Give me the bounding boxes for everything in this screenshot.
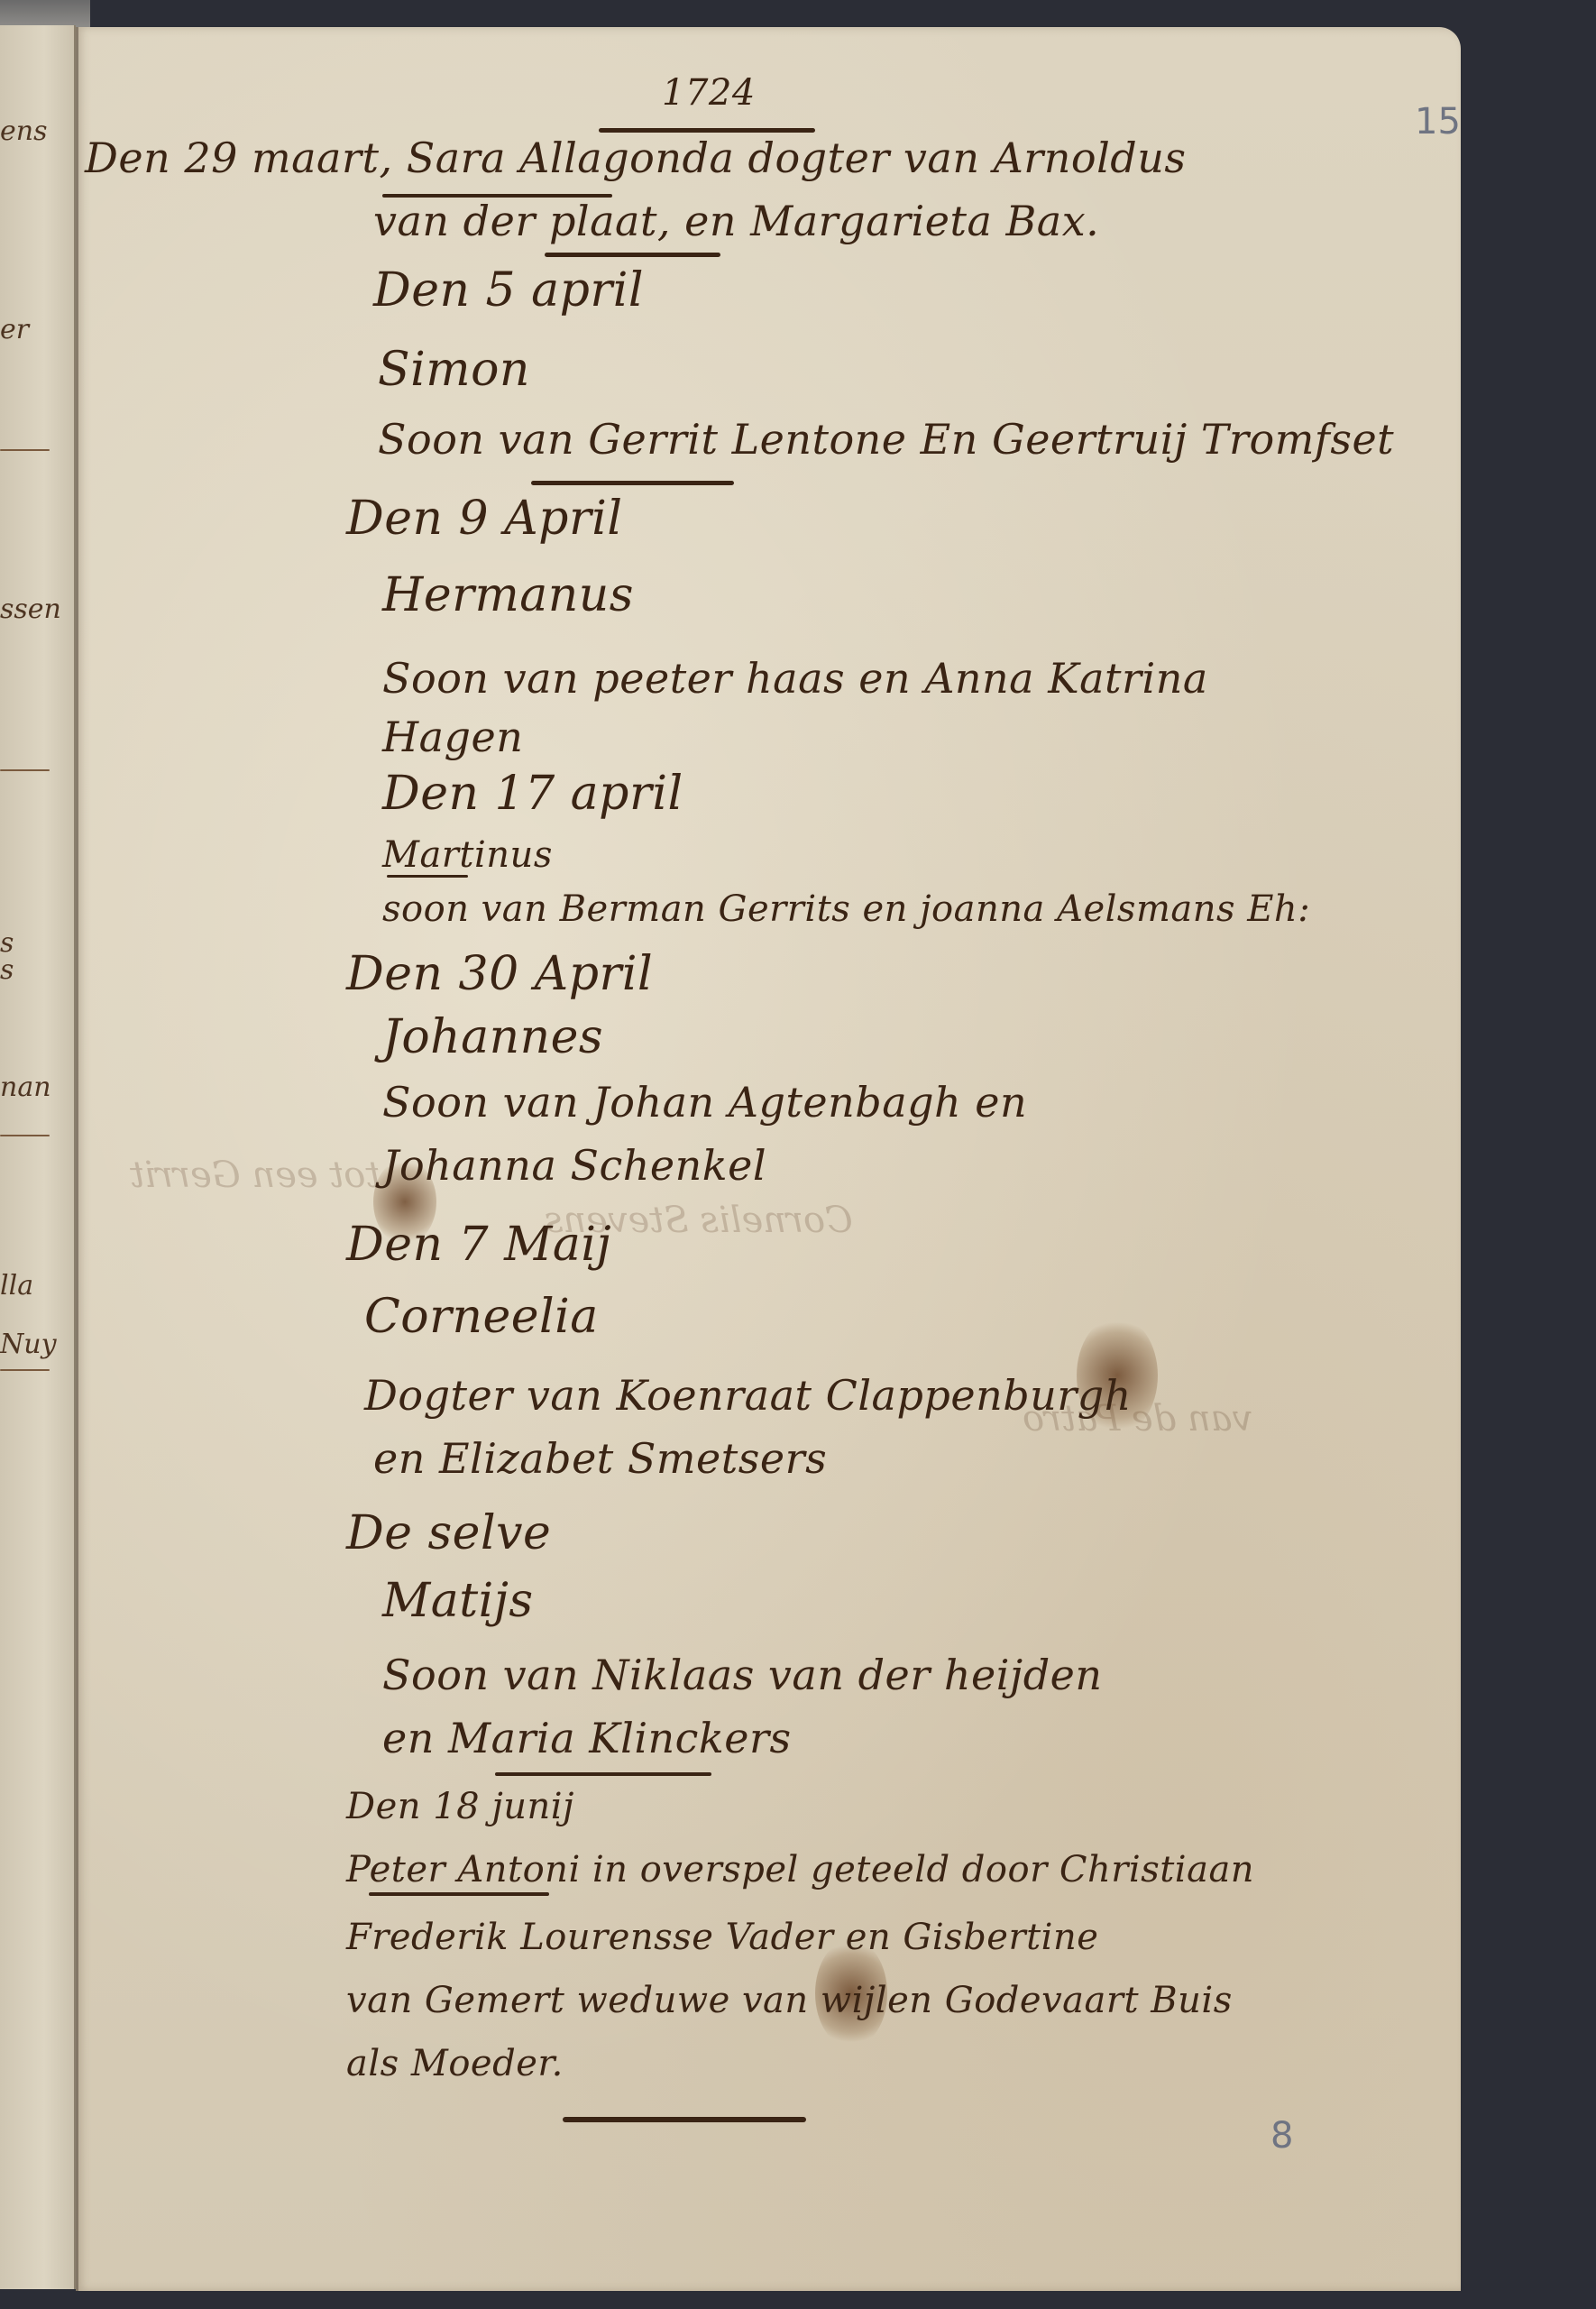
margin-fragment: Nuy xyxy=(0,1329,69,1360)
margin-fragment: nan xyxy=(0,1072,69,1103)
year-heading: 1724 xyxy=(662,72,756,114)
entry-line: Soon van Niklaas van der heijden xyxy=(382,1651,1103,1699)
margin-rule xyxy=(0,1135,50,1136)
heading-rule xyxy=(599,128,815,133)
entry-date: Den 30 April xyxy=(346,947,653,1001)
entry-date: De selve xyxy=(346,1506,551,1560)
entry-date: Den 7 Maij xyxy=(346,1218,611,1272)
entry-line: Den 29 maart, Sara Allagonda dogter van … xyxy=(85,133,1186,182)
entry-child-name: Corneelia xyxy=(364,1290,599,1344)
entry-line: van Gemert weduwe van wijlen Godevaart B… xyxy=(346,1980,1233,2021)
name-underline xyxy=(387,875,468,878)
margin-rule xyxy=(0,1369,50,1371)
margin-fragment: ens xyxy=(0,115,69,147)
entry-line: Dogter van Koenraat Clappenburgh xyxy=(364,1371,1132,1420)
entry-separator xyxy=(563,2117,806,2122)
entry-separator xyxy=(545,253,720,257)
margin-fragment: lla xyxy=(0,1270,69,1302)
bleed-through: tot een Gerrit xyxy=(130,1154,381,1196)
entry-child-name: Matijs xyxy=(382,1574,534,1628)
entry-line: Hagen xyxy=(382,713,523,761)
facing-page-edge: ens er ssen s s nan lla Nuy xyxy=(0,25,76,2289)
entry-line: Soon van Johan Agtenbagh en xyxy=(382,1078,1027,1127)
entry-line: Soon van Gerrit Lentone En Geertruij Tro… xyxy=(378,415,1394,464)
entry-child-name: Johannes xyxy=(382,1010,603,1064)
register-page: tot een Gerrit Cornelis Stevens van de P… xyxy=(76,27,1461,2291)
margin-fragment: s xyxy=(0,954,69,986)
gutter-line xyxy=(76,27,78,2291)
entry-separator xyxy=(495,1772,711,1776)
entry-date: Den 5 april xyxy=(373,263,644,317)
entry-line: van der plaat, en Margarieta Bax. xyxy=(373,197,1099,245)
entry-date: Den 9 April xyxy=(346,492,623,546)
margin-fragment: er xyxy=(0,314,69,345)
folio-number: 15 xyxy=(1415,101,1461,143)
entry-child-name: Martinus xyxy=(382,834,553,876)
entry-separator xyxy=(531,481,734,485)
entry-line: als Moeder. xyxy=(346,2043,564,2084)
entry-date: Den 17 april xyxy=(382,767,683,821)
entry-line: en Maria Klinckers xyxy=(382,1714,792,1762)
entry-line: Peter Antoni in overspel geteeld door Ch… xyxy=(346,1849,1254,1890)
entry-child-name: Hermanus xyxy=(382,568,634,622)
entry-date: Den 18 junij xyxy=(346,1786,574,1827)
name-underline xyxy=(369,1892,549,1896)
entry-child-name: Simon xyxy=(378,343,530,397)
entry-line: Soon van peeter haas en Anna Katrina xyxy=(382,654,1208,703)
margin-fragment: ssen xyxy=(0,593,69,625)
entry-line: en Elizabet Smetsers xyxy=(373,1434,827,1483)
entry-line: Frederik Lourensse Vader en Gisbertine xyxy=(346,1917,1098,1958)
margin-rule xyxy=(0,769,50,771)
pencil-number: 8 xyxy=(1270,2115,1293,2157)
entry-line: Johanna Schenkel xyxy=(382,1141,766,1190)
margin-rule xyxy=(0,449,50,451)
entry-line: soon van Berman Gerrits en joanna Aelsma… xyxy=(382,888,1310,930)
